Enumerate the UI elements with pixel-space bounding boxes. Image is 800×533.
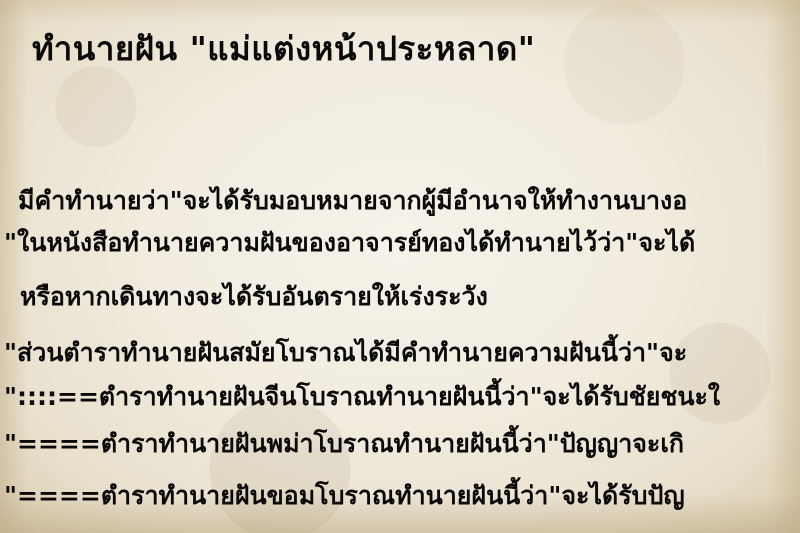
prediction-line-4: "ส่วนตำราทำนายฝันสมัยโบราณได้มีคำทำนายคว… <box>4 338 687 368</box>
prediction-line-7: "====ตำราทำนายฝันขอมโบราณทำนายฝันนี้ว่า"… <box>4 481 685 511</box>
prediction-line-1: มีคำทำนายว่า"จะได้รับมอบหมายจากผู้มีอำนา… <box>18 186 687 216</box>
prediction-line-6: "====ตำราทำนายฝันพม่าโบราณทำนายฝันนี้ว่า… <box>4 429 684 459</box>
page-title: ทำนายฝัน "แม่แต่งหน้าประหลาด" <box>32 22 536 75</box>
prediction-line-3: หรือหากเดินทางจะได้รับอันตรายให้เร่งระวั… <box>20 282 488 312</box>
prediction-line-2: "ในหนังสือทำนายความฝันของอาจารย์ทองได้ทำ… <box>4 228 695 258</box>
prediction-line-5: "::::==ตำราทำนายฝันจีนโบราณทำนายฝันนี้ว่… <box>4 382 720 412</box>
